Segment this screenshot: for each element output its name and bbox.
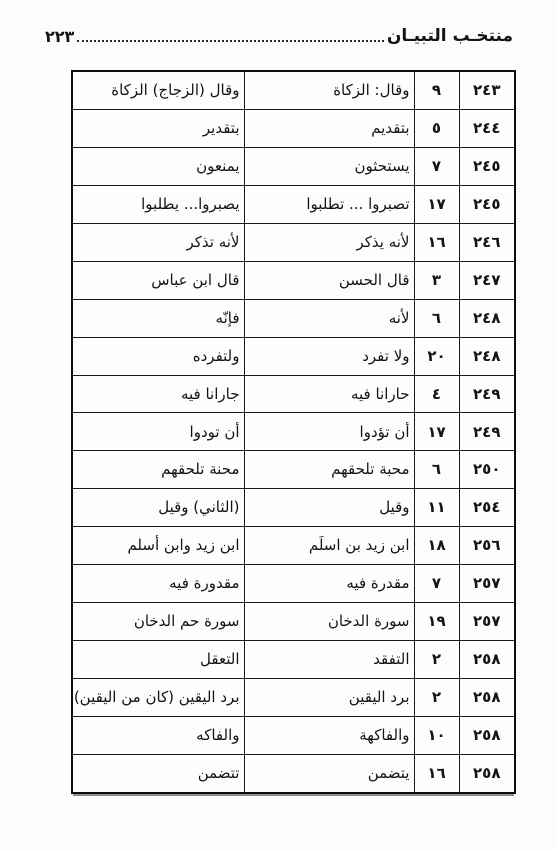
dotted-leader bbox=[77, 40, 384, 42]
text-column-1-cell: لأنه bbox=[244, 299, 414, 337]
line-number-cell: ٧ bbox=[414, 148, 459, 186]
page-number-cell: ٢٤٥ bbox=[459, 148, 515, 186]
line-number-cell: ١١ bbox=[414, 489, 459, 527]
text-column-2-cell: تتضمن bbox=[72, 754, 244, 793]
page-number-cell: ٢٥٦ bbox=[459, 527, 515, 565]
line-number-cell: ٥ bbox=[414, 110, 459, 148]
text-column-2-cell: سورة حم الدخان bbox=[72, 602, 244, 640]
page-number-cell: ٢٥٨ bbox=[459, 640, 515, 678]
text-column-1-cell: تصبروا ... تطلبوا bbox=[244, 186, 414, 224]
table-row: ٢٥٧ ١٩ سورة الدخان سورة حم الدخان bbox=[72, 602, 515, 640]
line-number-cell: ٩ bbox=[414, 71, 459, 110]
table-row: ٢٥٨ ١٦ يتضمن تتضمن bbox=[72, 754, 515, 793]
page-number-cell: ٢٤٨ bbox=[459, 337, 515, 375]
page-header: منتخـب التبيـان ٢٢٣ bbox=[45, 26, 513, 46]
text-column-1-cell: لأنه يذكر bbox=[244, 223, 414, 261]
text-column-2-cell: التعقل bbox=[72, 640, 244, 678]
text-column-1-cell: والفاكهة bbox=[244, 716, 414, 754]
page-number-cell: ٢٥٨ bbox=[459, 716, 515, 754]
text-column-1-cell: حارانا فيه bbox=[244, 375, 414, 413]
text-column-2-cell: يصبروا... يطلبوا bbox=[72, 186, 244, 224]
text-column-2-cell: ابن زيد وابن أسلم bbox=[72, 527, 244, 565]
text-column-1-cell: ابن زيد بن اسلَم bbox=[244, 527, 414, 565]
book-title: منتخـب التبيـان bbox=[387, 26, 513, 46]
line-number-cell: ١٧ bbox=[414, 413, 459, 451]
text-column-2-cell: لأنه تذكر bbox=[72, 223, 244, 261]
text-column-2-cell: جارانا فيه bbox=[72, 375, 244, 413]
table-row: ٢٥٧ ٧ مقدرة فيه مقدورة فيه bbox=[72, 565, 515, 603]
text-column-1-cell: محبة تلحقهم bbox=[244, 451, 414, 489]
table-row: ٢٥٠ ٦ محبة تلحقهم محنة تلحقهم bbox=[72, 451, 515, 489]
line-number-cell: ٢ bbox=[414, 678, 459, 716]
errata-table-container: ٢٤٣ ٩ وقال: الزكاة وقال (الزجاج) الزكاة … bbox=[73, 70, 516, 794]
table-row: ٢٥٦ ١٨ ابن زيد بن اسلَم ابن زيد وابن أسل… bbox=[72, 527, 515, 565]
table-row: ٢٥٨ ٢ التفقد التعقل bbox=[72, 640, 515, 678]
page-number-cell: ٢٥٨ bbox=[459, 678, 515, 716]
text-column-1-cell: وقيل bbox=[244, 489, 414, 527]
text-column-2-cell: ولتفرده bbox=[72, 337, 244, 375]
page-number-cell: ٢٤٩ bbox=[459, 375, 515, 413]
page-number-cell: ٢٥٧ bbox=[459, 565, 515, 603]
text-column-2-cell: والفاكه bbox=[72, 716, 244, 754]
line-number-cell: ٦ bbox=[414, 299, 459, 337]
text-column-2-cell: قال ابن عباس bbox=[72, 261, 244, 299]
text-column-1-cell: قال الحسن bbox=[244, 261, 414, 299]
text-column-1-cell: وقال: الزكاة bbox=[244, 71, 414, 110]
table-row: ٢٤٣ ٩ وقال: الزكاة وقال (الزجاج) الزكاة bbox=[72, 71, 515, 110]
page-number-cell: ٢٤٦ bbox=[459, 223, 515, 261]
page-number-cell: ٢٥٨ bbox=[459, 754, 515, 793]
text-column-2-cell: أن تودوا bbox=[72, 413, 244, 451]
table-row: ٢٥٤ ١١ وقيل (الثاني) وقيل bbox=[72, 489, 515, 527]
page-number-cell: ٢٤٧ bbox=[459, 261, 515, 299]
text-column-2-cell: بتقدير bbox=[72, 110, 244, 148]
text-column-1-cell: التفقد bbox=[244, 640, 414, 678]
line-number-cell: ٢ bbox=[414, 640, 459, 678]
table-row: ٢٤٧ ٣ قال الحسن قال ابن عباس bbox=[72, 261, 515, 299]
page-number-cell: ٢٥٤ bbox=[459, 489, 515, 527]
table-row: ٢٥٨ ٢ برد اليقين برد اليقين (كان من اليق… bbox=[72, 678, 515, 716]
table-row: ٢٤٩ ٤ حارانا فيه جارانا فيه bbox=[72, 375, 515, 413]
text-column-2-cell: وقال (الزجاج) الزكاة bbox=[72, 71, 244, 110]
text-column-2-cell: يمنعون bbox=[72, 148, 244, 186]
line-number-cell: ١٦ bbox=[414, 223, 459, 261]
page-number-cell: ٢٤٨ bbox=[459, 299, 515, 337]
text-column-1-cell: برد اليقين bbox=[244, 678, 414, 716]
line-number-cell: ١٧ bbox=[414, 186, 459, 224]
text-column-1-cell: يستحثون bbox=[244, 148, 414, 186]
table-row: ٢٤٦ ١٦ لأنه يذكر لأنه تذكر bbox=[72, 223, 515, 261]
text-column-1-cell: أن تؤدوا bbox=[244, 413, 414, 451]
page-number-cell: ٢٥٧ bbox=[459, 602, 515, 640]
line-number-cell: ١٩ bbox=[414, 602, 459, 640]
text-column-2-cell: برد اليقين (كان من اليقين) bbox=[72, 678, 244, 716]
errata-table-body: ٢٤٣ ٩ وقال: الزكاة وقال (الزجاج) الزكاة … bbox=[72, 71, 515, 793]
page-number-cell: ٢٤٤ bbox=[459, 110, 515, 148]
page-number-cell: ٢٤٥ bbox=[459, 186, 515, 224]
line-number-cell: ١٨ bbox=[414, 527, 459, 565]
table-row: ٢٤٤ ٥ بتقديم بتقدير bbox=[72, 110, 515, 148]
page-number-cell: ٢٤٩ bbox=[459, 413, 515, 451]
text-column-1-cell: سورة الدخان bbox=[244, 602, 414, 640]
line-number-cell: ١٠ bbox=[414, 716, 459, 754]
table-row: ٢٤٩ ١٧ أن تؤدوا أن تودوا bbox=[72, 413, 515, 451]
table-row: ٢٤٥ ٧ يستحثون يمنعون bbox=[72, 148, 515, 186]
errata-table: ٢٤٣ ٩ وقال: الزكاة وقال (الزجاج) الزكاة … bbox=[71, 70, 516, 794]
text-column-2-cell: محنة تلحقهم bbox=[72, 451, 244, 489]
text-column-2-cell: فإنّه bbox=[72, 299, 244, 337]
page-number-cell: ٢٤٣ bbox=[459, 71, 515, 110]
line-number-cell: ٣ bbox=[414, 261, 459, 299]
text-column-2-cell: مقدورة فيه bbox=[72, 565, 244, 603]
page-number: ٢٢٣ bbox=[45, 27, 74, 46]
line-number-cell: ٦ bbox=[414, 451, 459, 489]
text-column-1-cell: يتضمن bbox=[244, 754, 414, 793]
text-column-2-cell: (الثاني) وقيل bbox=[72, 489, 244, 527]
line-number-cell: ١٦ bbox=[414, 754, 459, 793]
line-number-cell: ٢٠ bbox=[414, 337, 459, 375]
table-row: ٢٤٨ ٦ لأنه فإنّه bbox=[72, 299, 515, 337]
text-column-1-cell: بتقديم bbox=[244, 110, 414, 148]
table-row: ٢٥٨ ١٠ والفاكهة والفاكه bbox=[72, 716, 515, 754]
page-number-cell: ٢٥٠ bbox=[459, 451, 515, 489]
text-column-1-cell: مقدرة فيه bbox=[244, 565, 414, 603]
table-row: ٢٤٨ ٢٠ ولا تفرد ولتفرده bbox=[72, 337, 515, 375]
table-row: ٢٤٥ ١٧ تصبروا ... تطلبوا يصبروا... يطلبو… bbox=[72, 186, 515, 224]
line-number-cell: ٤ bbox=[414, 375, 459, 413]
text-column-1-cell: ولا تفرد bbox=[244, 337, 414, 375]
line-number-cell: ٧ bbox=[414, 565, 459, 603]
